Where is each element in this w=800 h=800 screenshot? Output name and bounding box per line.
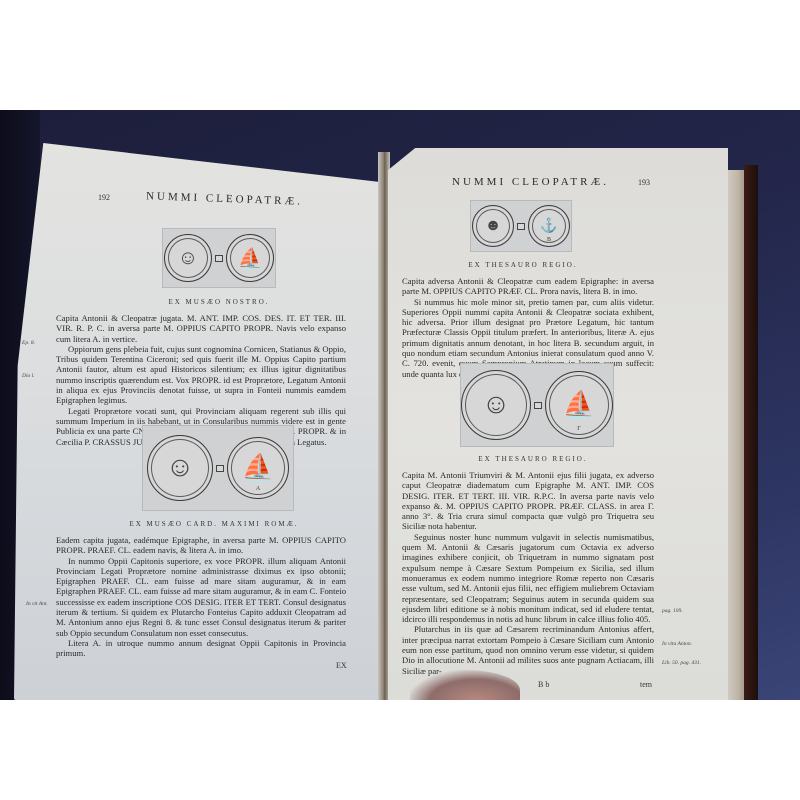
jugate-heads-icon: ☺ — [166, 452, 195, 484]
coin-reverse: ⛵ A — [227, 437, 289, 499]
coin-obverse: ☺ — [164, 234, 212, 282]
coin-plate-left-1: ☺ ⛵ — [162, 228, 276, 288]
coin-link — [215, 255, 223, 262]
right-page: NUMMI CLEOPATRÆ. 193 ☻ ⚓ B EX THESAURO R… — [388, 148, 728, 700]
margin-note: pag. 109. — [662, 608, 683, 614]
running-head-left: NUMMI CLEOPATRÆ. — [146, 190, 303, 207]
coin-letter: Γ — [577, 426, 580, 432]
paragraph: Plutarchus in iis quæ ad Cæsarem recrimi… — [402, 624, 654, 675]
page-number-right: 193 — [638, 178, 650, 187]
paragraph: Eadem capita jugata, eadémque Epigraphe,… — [56, 535, 346, 556]
paragraph: Capita Antonii & Cleopatræ jugata. M. AN… — [56, 313, 346, 344]
coin-letter: A — [256, 486, 260, 492]
paragraph: Oppiorum gens plebeia fuit, cujus sunt c… — [56, 344, 346, 406]
coin-link — [534, 402, 542, 409]
catchword-left: EX — [336, 661, 347, 670]
leather-cover-edge — [744, 165, 758, 700]
coin-reverse: ⚓ B — [528, 205, 570, 247]
catchword-right: tem — [640, 680, 652, 689]
text-column-right-bottom: Capita M. Antonii Triumviri & M. Antonii… — [402, 470, 654, 676]
coin-obverse: ☺ — [461, 370, 531, 440]
plate-caption-left-2: EX MUSÆO CARD. MAXIMI Romæ. — [109, 520, 319, 528]
jugate-heads-icon: ☺ — [178, 247, 198, 270]
margin-note: Ep. 8. — [22, 340, 35, 346]
paragraph: Seguinus noster hunc nummum vulgavit in … — [402, 532, 654, 625]
page-number-left: 192 — [98, 193, 110, 202]
paragraph: Capita adversa Antonii & Cleopatræ cum e… — [402, 276, 654, 297]
margin-note: Lib. 50. pag. 431. — [662, 660, 701, 666]
coin-reverse: ⛵ Γ — [545, 371, 613, 439]
paragraph: Capita M. Antonii Triumviri & M. Antonii… — [402, 470, 654, 532]
margin-note: In vita Anton. — [662, 641, 692, 647]
running-head-right: NUMMI CLEOPATRÆ. — [452, 176, 609, 188]
coin-reverse: ⛵ — [226, 234, 274, 282]
margin-note: In vit Ant. — [26, 601, 48, 607]
text-column-left-bottom: Eadem capita jugata, eadémque Epigraphe,… — [56, 535, 346, 659]
coin-plate-right-2: ☺ ⛵ Γ — [460, 363, 614, 447]
plate-caption-right-2: EX THESAURO REGIO. — [458, 455, 608, 463]
coin-link — [517, 223, 525, 230]
confronted-heads-icon: ☻ — [485, 217, 502, 235]
page-fore-edge — [728, 170, 744, 700]
plate-caption-left-1: EX MUSÆO NOSTRO. — [134, 298, 304, 306]
paragraph: In nummo Oppii Capitonis superiore, ex v… — [56, 556, 346, 638]
coin-plate-right-1: ☻ ⚓ B — [470, 200, 572, 252]
three-heads-icon: ☺ — [482, 389, 511, 421]
left-page: 192 NUMMI CLEOPATRÆ. ☺ ⛵ EX MUSÆO NOSTRO… — [14, 143, 380, 700]
ship-icon: ⛵ — [238, 246, 263, 271]
coin-plate-left-2: ☺ ⛵ A — [142, 425, 294, 511]
coin-link — [216, 465, 224, 472]
prow-icon: ⚓ — [540, 218, 557, 235]
coin-letter: B — [547, 237, 551, 243]
ship-icon: ⛵ — [242, 453, 274, 483]
book-photograph: 192 NUMMI CLEOPATRÆ. ☺ ⛵ EX MUSÆO NOSTRO… — [0, 110, 800, 700]
coin-obverse: ☻ — [472, 205, 514, 247]
margin-note: Dio l. — [22, 373, 35, 379]
paragraph: Litera A. in utroque nummo annum designa… — [56, 638, 346, 659]
plate-caption-right-1: EX THESAURO REGIO. — [448, 261, 598, 269]
coin-obverse: ☺ — [147, 435, 213, 501]
galley-icon: ⛵ — [563, 390, 595, 420]
signature-mark: B b — [538, 680, 549, 689]
